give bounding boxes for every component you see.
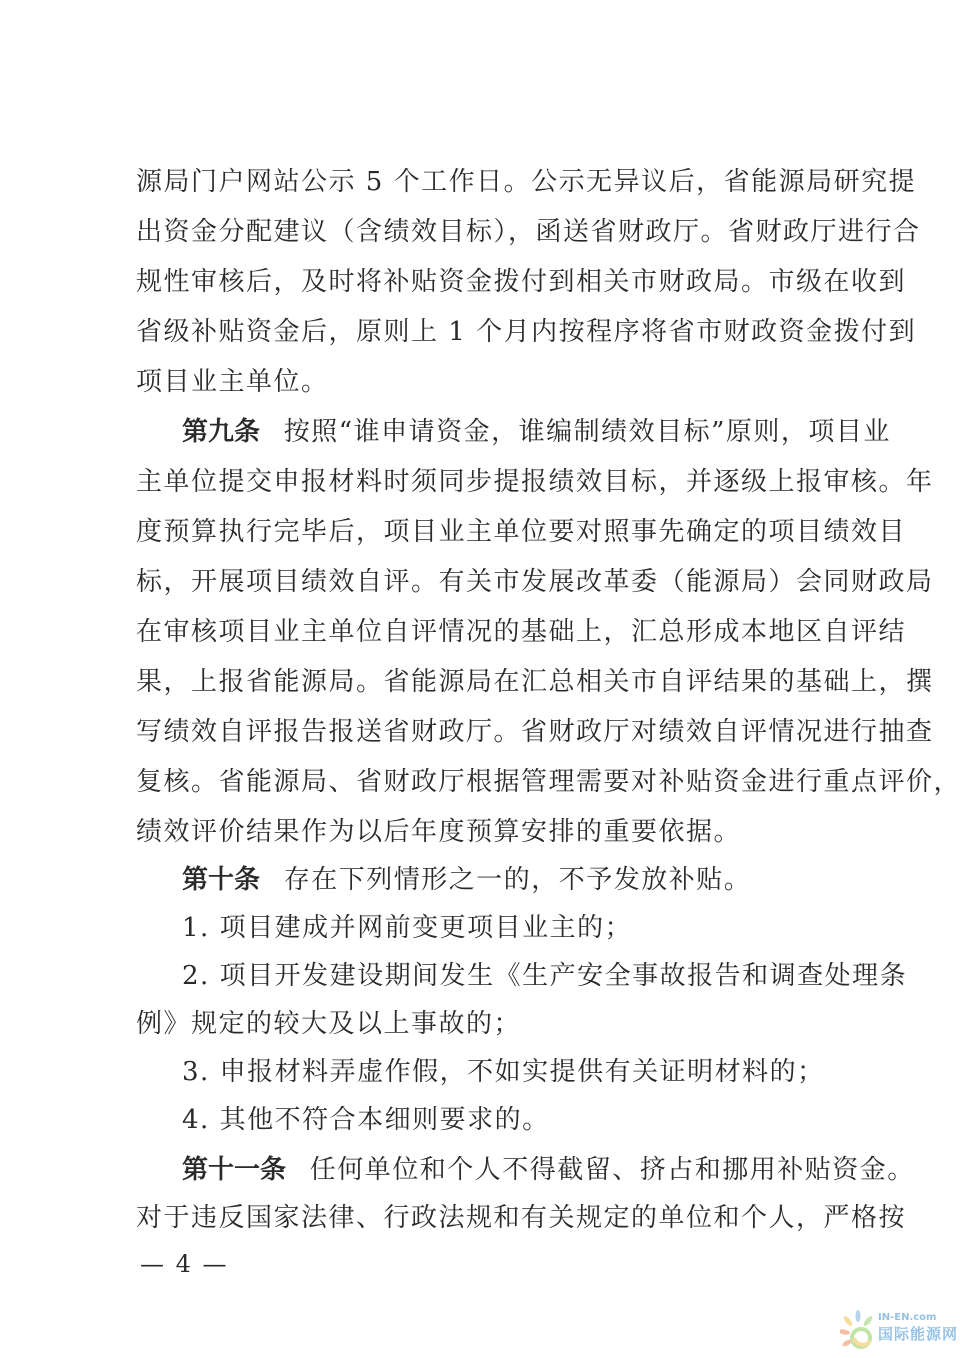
watermark-logo: IN-EN.com 国际能源网 xyxy=(840,1308,960,1352)
article-11-heading: 第十一条 xyxy=(182,1155,286,1185)
paragraph-line: 主单位提交申报材料时须同步提报绩效目标，并逐级上报审核。年 xyxy=(136,460,844,504)
paragraph-line: 出资金分配建议（含绩效目标），函送省财政厅。省财政厅进行合 xyxy=(136,210,844,254)
paragraph-line: 写绩效自评报告报送省财政厅。省财政厅对绩效自评情况进行抽查 xyxy=(136,710,844,754)
list-item: 4. 其他不符合本细则要求的。 xyxy=(182,1098,844,1142)
paragraph-line: 度预算执行完毕后，项目业主单位要对照事先确定的项目绩效目 xyxy=(136,510,844,554)
article-10-heading: 第十条 xyxy=(182,865,260,895)
paragraph-line: 源局门户网站公示 5 个工作日。公示无异议后，省能源局研究提 xyxy=(136,160,844,204)
list-item: 3. 申报材料弄虚作假，不如实提供有关证明材料的； xyxy=(182,1050,844,1094)
paragraph-line: 在审核项目业主单位自评情况的基础上，汇总形成本地区自评结 xyxy=(136,610,844,654)
paragraph-line: 绩效评价结果作为以后年度预算安排的重要依据。 xyxy=(136,810,844,854)
article-11-first-line: 第十一条 任何单位和个人不得截留、挤占和挪用补贴资金。 xyxy=(182,1148,844,1192)
list-item: 2. 项目开发建设期间发生《生产安全事故报告和调查处理条 xyxy=(182,954,844,998)
article-10-first-line: 第十条 存在下列情形之一的，不予发放补贴。 xyxy=(182,858,844,902)
article-9-first-line: 第九条 按照“谁申请资金，谁编制绩效目标”原则，项目业 xyxy=(182,410,844,454)
article-11-text: 任何单位和个人不得截留、挤占和挪用补贴资金。 xyxy=(310,1155,915,1185)
document-page: 源局门户网站公示 5 个工作日。公示无异议后，省能源局研究提 出资金分配建议（含… xyxy=(0,0,960,1358)
list-item-continuation: 例》规定的较大及以上事故的； xyxy=(136,1002,844,1046)
article-10-text: 存在下列情形之一的，不予发放补贴。 xyxy=(284,865,752,895)
article-9-text: 按照“谁申请资金，谁编制绩效目标”原则，项目业 xyxy=(284,417,891,447)
watermark-site: IN-EN.com xyxy=(878,1312,958,1323)
paragraph-line: 项目业主单位。 xyxy=(136,360,844,404)
paragraph-line: 复核。省能源局、省财政厅根据管理需要对补贴资金进行重点评价， xyxy=(136,760,844,804)
sun-logo-icon xyxy=(840,1308,876,1352)
paragraph-line: 省级补贴资金后，原则上 1 个月内按程序将省市财政资金拨付到 xyxy=(136,310,844,354)
paragraph-line: 规性审核后，及时将补贴资金拨付到相关市财政局。市级在收到 xyxy=(136,260,844,304)
list-item: 1. 项目建成并网前变更项目业主的； xyxy=(182,906,844,950)
paragraph-line: 对于违反国家法律、行政法规和有关规定的单位和个人，严格按 xyxy=(136,1196,844,1240)
watermark-name: 国际能源网 xyxy=(878,1323,958,1344)
page-number: — 4 — xyxy=(140,1250,229,1278)
article-9-heading: 第九条 xyxy=(182,417,260,447)
paragraph-line: 标，开展项目绩效自评。有关市发展改革委（能源局）会同财政局 xyxy=(136,560,844,604)
paragraph-line: 果，上报省能源局。省能源局在汇总相关市自评结果的基础上，撰 xyxy=(136,660,844,704)
